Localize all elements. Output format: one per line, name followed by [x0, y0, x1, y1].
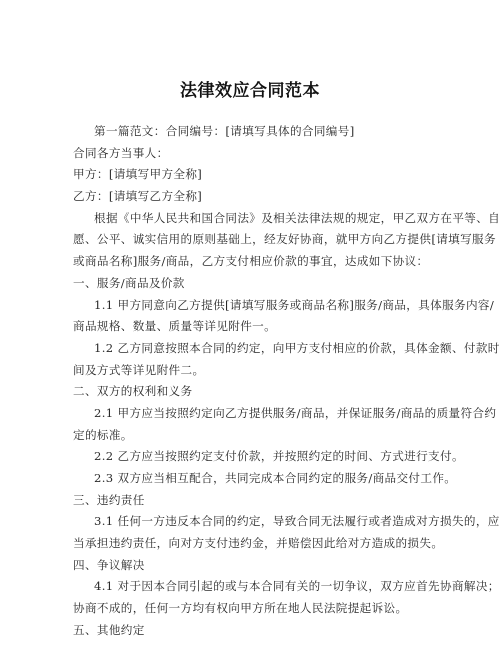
- clause-2-1: 2.1 甲方应当按照约定向乙方提供服务/商品，并保证服务/商品的质量符合约: [73, 403, 433, 425]
- clause-2-2: 2.2 乙方应当按照约定支付价款，并按照约定的时间、方式进行支付。: [73, 446, 433, 468]
- clause-4-1: 4.1 对于因本合同引起的或与本合同有关的一切争议，双方应首先协商解决；: [73, 576, 433, 598]
- clause-1-2: 1.2 乙方同意按照本合同的约定，向甲方支付相应的价款，具体金额、付款时: [73, 338, 433, 360]
- section-heading-4: 四、争议解决: [73, 555, 433, 577]
- party-a-line: 甲方：[请填写甲方全称]: [73, 164, 433, 186]
- clause-2-1-cont: 定的标准。: [73, 425, 433, 447]
- clause-3-1-cont: 当承担违约责任，向对方支付违约金，并赔偿因此给对方造成的损失。: [73, 533, 433, 555]
- section-heading-1: 一、服务/商品及价款: [73, 273, 433, 295]
- clause-3-1: 3.1 任何一方违反本合同的约定，导致合同无法履行或者造成对方损失的，应: [73, 511, 433, 533]
- clause-1-1-cont: 商品规格、数量、质量等详见附件一。: [73, 316, 433, 338]
- parties-heading: 合同各方当事人：: [73, 143, 433, 165]
- clause-4-1-cont: 协商不成的，任何一方均有权向甲方所在地人民法院提起诉讼。: [73, 598, 433, 620]
- preamble-line: 或商品名称]服务/商品，乙方支付相应价款的事宜，达成如下协议：: [73, 251, 433, 273]
- clause-1-2-cont: 间及方式等详见附件二。: [73, 360, 433, 382]
- contract-number-line: 第一篇范文：合同编号：[请填写具体的合同编号]: [73, 121, 433, 143]
- section-heading-2: 二、双方的权利和义务: [73, 381, 433, 403]
- party-b-line: 乙方：[请填写乙方全称]: [73, 186, 433, 208]
- clause-1-1: 1.1 甲方同意向乙方提供[请填写服务或商品名称]服务/商品，具体服务内容/: [73, 295, 433, 317]
- document-title: 法律效应合同范本: [0, 76, 500, 101]
- clause-2-3: 2.3 双方应当相互配合，共同完成本合同约定的服务/商品交付工作。: [73, 468, 433, 490]
- preamble-line: 根据《中华人民共和国合同法》及相关法律法规的规定，甲乙双方在平等、自: [73, 208, 433, 230]
- document-body: 第一篇范文：合同编号：[请填写具体的合同编号] 合同各方当事人： 甲方：[请填写…: [73, 121, 433, 642]
- preamble-line: 愿、公平、诚实信用的原则基础上，经友好协商，就甲方向乙方提供[请填写服务: [73, 229, 433, 251]
- section-heading-3: 三、违约责任: [73, 490, 433, 512]
- section-heading-5: 五、其他约定: [73, 620, 433, 642]
